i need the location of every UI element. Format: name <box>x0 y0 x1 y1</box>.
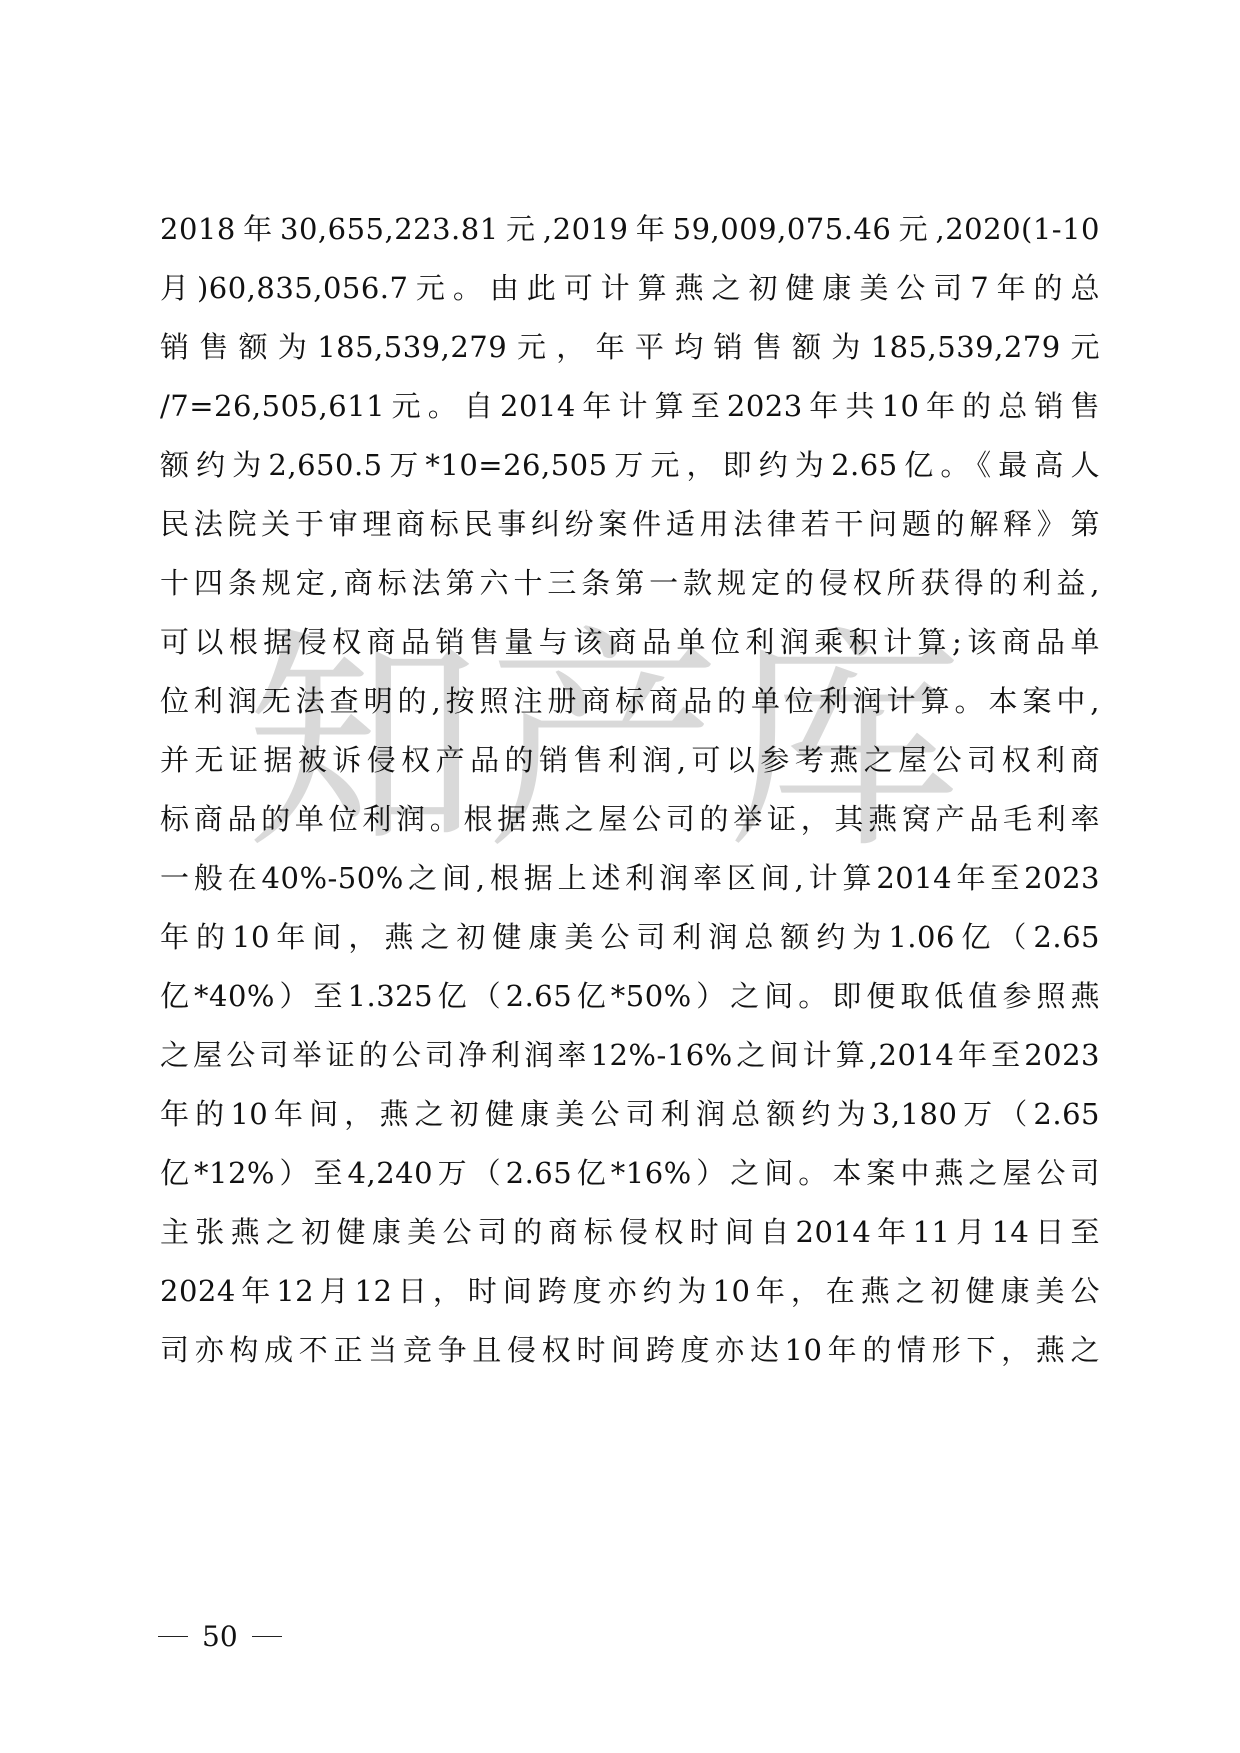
text-line: 额约为2,650.5万*10=26,505万元，即约为2.65亿。《最高人 <box>160 436 1100 495</box>
text-line: 十四条规定,商标法第六十三条第一款规定的侵权所获得的利益, <box>160 554 1100 613</box>
body-text: 2018年30,655,223.81元,2019年59,009,075.46元,… <box>160 200 1100 1380</box>
dash-right <box>252 1636 282 1638</box>
text-line: 并无证据被诉侵权产品的销售利润,可以参考燕之屋公司权利商 <box>160 731 1100 790</box>
page-footer: 50 <box>158 1620 282 1653</box>
text-line: 月)60,835,056.7元。由此可计算燕之初健康美公司7年的总 <box>160 259 1100 318</box>
text-line: 标商品的单位利润。根据燕之屋公司的举证，其燕窝产品毛利率 <box>160 790 1100 849</box>
text-line: 司亦构成不正当竞争且侵权时间跨度亦达10年的情形下，燕之 <box>160 1321 1100 1380</box>
text-line: 亿*12%）至4,240万（2.65亿*16%）之间。本案中燕之屋公司 <box>160 1144 1100 1203</box>
text-line: 2024年12月12日，时间跨度亦约为10年，在燕之初健康美公 <box>160 1262 1100 1321</box>
text-line: 2018年30,655,223.81元,2019年59,009,075.46元,… <box>160 200 1100 259</box>
text-line: 之屋公司举证的公司净利润率12%-16%之间计算,2014年至2023 <box>160 1026 1100 1085</box>
text-line: 亿*40%）至1.325亿（2.65亿*50%）之间。即便取低值参照燕 <box>160 967 1100 1026</box>
page-number: 50 <box>202 1620 238 1653</box>
dash-left <box>158 1636 188 1638</box>
text-line: 位利润无法查明的,按照注册商标商品的单位利润计算。本案中, <box>160 672 1100 731</box>
document-page: 知产库 2018年30,655,223.81元,2019年59,009,075.… <box>0 0 1240 1753</box>
text-line: 年的10年间，燕之初健康美公司利润总额约为3,180万（2.65 <box>160 1085 1100 1144</box>
text-line: /7=26,505,611元。自2014年计算至2023年共10年的总销售 <box>160 377 1100 436</box>
text-line: 主张燕之初健康美公司的商标侵权时间自2014年11月14日至 <box>160 1203 1100 1262</box>
text-line: 可以根据侵权商品销售量与该商品单位利润乘积计算;该商品单 <box>160 613 1100 672</box>
text-line: 一般在40%-50%之间,根据上述利润率区间,计算2014年至2023 <box>160 849 1100 908</box>
text-line: 年的10年间，燕之初健康美公司利润总额约为1.06亿（2.65 <box>160 908 1100 967</box>
text-line: 民法院关于审理商标民事纠纷案件适用法律若干问题的解释》第 <box>160 495 1100 554</box>
text-line: 销售额为185,539,279元，年平均销售额为185,539,279元 <box>160 318 1100 377</box>
